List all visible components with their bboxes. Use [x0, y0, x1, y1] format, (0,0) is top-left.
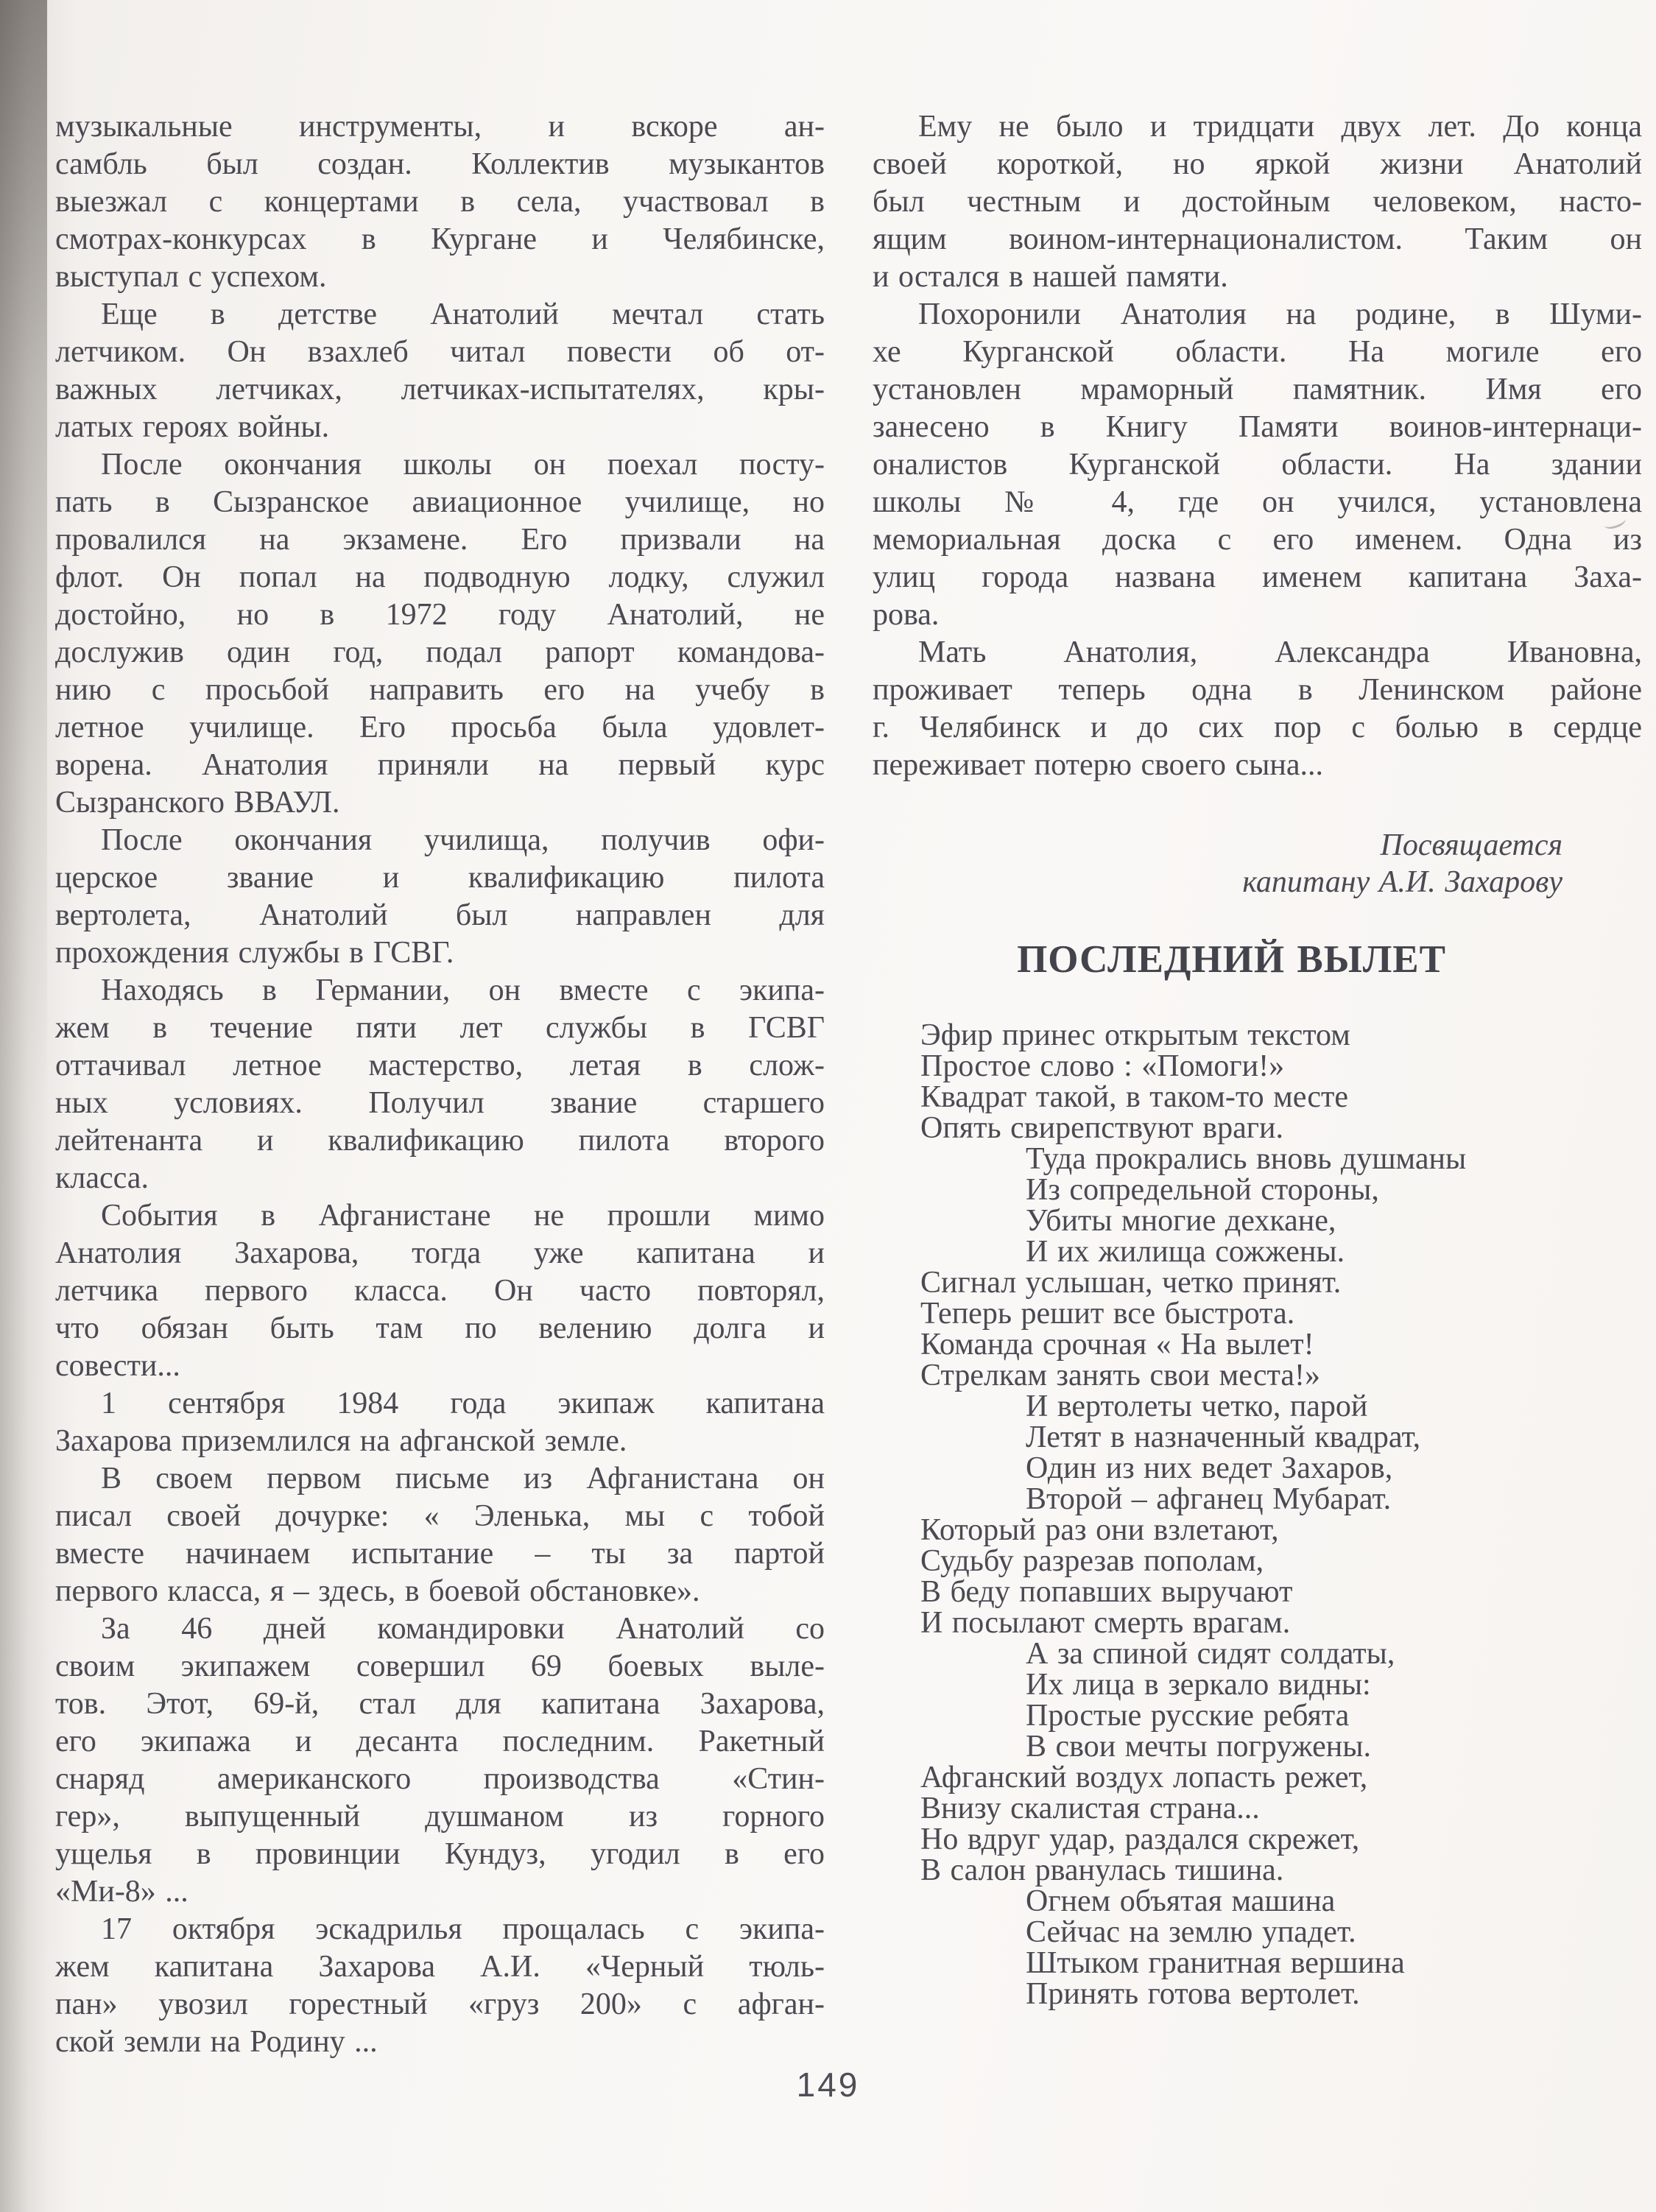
paragraph-line: оналистов Курганской области. На здании	[873, 446, 1642, 484]
paragraph-line: хе Курганской области. На могиле его	[873, 334, 1642, 371]
dedication: Посвящается капитану А.И. Захарову	[873, 827, 1642, 901]
paragraph-line: Захарова приземлился на афганской земле.	[55, 1423, 825, 1460]
paragraph-line: его экипажа и десанта последним. Ракетны…	[55, 1723, 825, 1761]
paragraph-line: своим экипажем совершил 69 боевых выле-	[55, 1648, 825, 1686]
poem-line: Судьбу разрезав пополам,	[873, 1546, 1642, 1577]
poem-line: И их жилища сожжены.	[873, 1236, 1642, 1267]
paragraph-line: выступал с успехом.	[55, 258, 825, 296]
paragraph-line: дослужив один год, подал рапорт командов…	[55, 634, 825, 672]
paragraph-line: Анатолия Захарова, тогда уже капитана и	[55, 1235, 825, 1272]
paragraph-line: тов. Этот, 69-й, стал для капитана Захар…	[55, 1686, 825, 1723]
poem-line: Штыком гранитная вершина	[873, 1948, 1642, 1979]
paragraph-line: латых героях войны.	[55, 409, 825, 446]
paragraph-line: первого класса, я – здесь, в боевой обст…	[55, 1573, 825, 1610]
paragraph-line: Находясь в Германии, он вместе с экипа-	[55, 972, 825, 1010]
paragraph-line: переживает потерю своего сына...	[873, 747, 1642, 784]
page-number: 149	[0, 2066, 1656, 2103]
paragraph-line: достойно, но в 1972 году Анатолий, не	[55, 596, 825, 634]
poem-line: Эфир принес открытым текстом	[873, 1020, 1642, 1051]
paragraph-line: провалился на экзамене. Его призвали на	[55, 521, 825, 559]
paragraph-line: нию с просьбой направить его на учебу в	[55, 672, 825, 709]
paragraph-line: летчика первого класса. Он часто повторя…	[55, 1272, 825, 1310]
poem-line: В салон рванулась тишина.	[873, 1855, 1642, 1886]
paragraph-line: Еще в детстве Анатолий мечтал стать	[55, 296, 825, 334]
paragraph-line: Похоронили Анатолия на родине, в Шуми-	[873, 296, 1642, 334]
paragraph-line: летное училище. Его просьба была удовлет…	[55, 709, 825, 747]
poem-line: И вертолеты четко, парой	[873, 1391, 1642, 1422]
paragraph-line: 1 сентября 1984 года экипаж капитана	[55, 1385, 825, 1423]
paragraph-line: оттачивал летное мастерство, летая в сло…	[55, 1047, 825, 1085]
paragraph-line: пать в Сызранское авиационное училище, н…	[55, 484, 825, 521]
paragraph-line: лейтенанта и квалификацию пилота второго	[55, 1122, 825, 1160]
paragraph-line: совести...	[55, 1348, 825, 1385]
paragraph-line: вместе начинаем испытание – ты за партой	[55, 1535, 825, 1573]
paragraph-line: Ему не было и тридцати двух лет. До конц…	[873, 108, 1642, 146]
poem-line: В беду попавших выручают	[873, 1577, 1642, 1607]
poem-line: Один из них ведет Захаров,	[873, 1453, 1642, 1484]
paragraph-line: важных летчиках, летчиках-испытателях, к…	[55, 371, 825, 409]
paragraph-line: После окончания училища, получив офи-	[55, 822, 825, 859]
paragraph-line: В своем первом письме из Афганистана он	[55, 1460, 825, 1498]
poem-line: Принять готова вертолет.	[873, 1979, 1642, 2010]
poem-title: ПОСЛЕДНИЙ ВЫЛЕТ	[873, 937, 1642, 982]
paragraph-line: установлен мраморный памятник. Имя его	[873, 371, 1642, 409]
poem-line: Второй – афганец Мубарат.	[873, 1484, 1642, 1515]
poem-line: Сейчас на землю упадет.	[873, 1917, 1642, 1948]
poem-line: Афганский воздух лопасть режет,	[873, 1762, 1642, 1793]
paragraph-line: занесено в Книгу Памяти воинов-интернаци…	[873, 409, 1642, 446]
paragraph-line: ных условиях. Получил звание старшего	[55, 1085, 825, 1122]
paragraph-line: пан» увозил горестный «груз 200» с афган…	[55, 1986, 825, 2023]
poem-line: Огнем объятая машина	[873, 1886, 1642, 1917]
paragraph-line: ворена. Анатолия приняли на первый курс	[55, 747, 825, 784]
paragraph-line: выезжал с концертами в села, участвовал …	[55, 183, 825, 221]
poem: Эфир принес открытым текстомПростое слов…	[873, 1020, 1642, 2010]
left-column: музыкальные инструменты, и вскоре ан-сам…	[55, 108, 825, 2061]
paragraph-line: флот. Он попал на подводную лодку, служи…	[55, 559, 825, 596]
paragraph-line: жем в течение пяти лет службы в ГСВГ	[55, 1010, 825, 1047]
dedication-line: капитану А.И. Захарову	[873, 864, 1562, 901]
poem-line: Простое слово : «Помоги!»	[873, 1051, 1642, 1082]
paragraph-line: своей короткой, но яркой жизни Анатолий	[873, 146, 1642, 183]
paragraph-line: жем капитана Захарова А.И. «Черный тюль-	[55, 1948, 825, 1986]
poem-line: Из сопредельной стороны,	[873, 1174, 1642, 1205]
paragraph-line: снаряд американского производства «Стин-	[55, 1761, 825, 1798]
paragraph-line: За 46 дней командировки Анатолий со	[55, 1610, 825, 1648]
paragraph-line: летчиком. Он взахлеб читал повести об от…	[55, 334, 825, 371]
paragraph-line: ской земли на Родину ...	[55, 2023, 825, 2061]
paragraph-line: «Ми-8» ...	[55, 1873, 825, 1911]
paragraph-line: Мать Анатолия, Александра Ивановна,	[873, 634, 1642, 672]
poem-line: Команда срочная « На вылет!	[873, 1329, 1642, 1360]
poem-line: Внизу скалистая страна...	[873, 1793, 1642, 1824]
paragraph-line: ящим воином-интернационалистом. Таким он	[873, 221, 1642, 258]
poem-line: Но вдруг удар, раздался скрежет,	[873, 1824, 1642, 1855]
paragraph-line: смотрах-конкурсах в Кургане и Челябинске…	[55, 221, 825, 258]
paragraph-line: После окончания школы он поехал посту-	[55, 446, 825, 484]
paragraph-line: вертолета, Анатолий был направлен для	[55, 897, 825, 934]
poem-line: И посылают смерть врагам.	[873, 1607, 1642, 1638]
paragraph-line: школы № 4, где он учился, установлена	[873, 484, 1642, 521]
poem-line: Простые русские ребята	[873, 1700, 1642, 1731]
poem-line: Туда прокрались вновь душманы	[873, 1144, 1642, 1174]
paragraph-line: г. Челябинск и до сих пор с болью в серд…	[873, 709, 1642, 747]
paragraph-line: рова.	[873, 596, 1642, 634]
paragraph-line: мемориальная доска с его именем. Одна из	[873, 521, 1642, 559]
poem-line: Сигнал услышан, четко принят.	[873, 1267, 1642, 1298]
paragraph-line: был честным и достойным человеком, насто…	[873, 183, 1642, 221]
poem-line: В свои мечты погружены.	[873, 1731, 1642, 1762]
book-spine-shadow-top	[0, 0, 47, 1105]
dedication-line: Посвящается	[873, 827, 1562, 864]
poem-line: Опять свирепствуют враги.	[873, 1113, 1642, 1144]
poem-line: Стрелкам занять свои места!»	[873, 1360, 1642, 1391]
poem-line: Теперь решит все быстрота.	[873, 1298, 1642, 1329]
poem-line: Их лица в зеркало видны:	[873, 1669, 1642, 1700]
paragraph-line: ущелья в провинции Кундуз, угодил в его	[55, 1836, 825, 1873]
poem-line: Летят в назначенный квадрат,	[873, 1422, 1642, 1453]
poem-line: Квадрат такой, в таком-то месте	[873, 1082, 1642, 1113]
paragraph-line: музыкальные инструменты, и вскоре ан-	[55, 108, 825, 146]
poem-line: Который раз они взлетают,	[873, 1515, 1642, 1546]
paragraph-line: улиц города названа именем капитана Заха…	[873, 559, 1642, 596]
paragraph-line: проживает теперь одна в Ленинском районе	[873, 672, 1642, 709]
paragraph-line: 17 октября эскадрилья прощалась с экипа-	[55, 1911, 825, 1948]
paragraph-line: писал своей дочурке: « Эленька, мы с тоб…	[55, 1498, 825, 1535]
paragraph-line: церское звание и квалификацию пилота	[55, 859, 825, 897]
poem-line: А за спиной сидят солдаты,	[873, 1638, 1642, 1669]
right-column-paragraphs: Ему не было и тридцати двух лет. До конц…	[873, 108, 1642, 784]
paragraph-line: самбль был создан. Коллектив музыкантов	[55, 146, 825, 183]
paragraph-line: класса.	[55, 1160, 825, 1197]
paragraph-line: Сызранского ВВАУЛ.	[55, 784, 825, 822]
paragraph-line: прохождения службы в ГСВГ.	[55, 934, 825, 972]
right-column: Ему не было и тридцати двух лет. До конц…	[873, 108, 1642, 2010]
paragraph-line: гер», выпущенный душманом из горного	[55, 1798, 825, 1836]
poem-line: Убиты многие дехкане,	[873, 1205, 1642, 1236]
scanned-book-page: музыкальные инструменты, и вскоре ан-сам…	[0, 0, 1656, 2212]
paragraph-line: и остался в нашей памяти.	[873, 258, 1642, 296]
paragraph-line: что обязан быть там по велению долга и	[55, 1310, 825, 1348]
paragraph-line: События в Афганистане не прошли мимо	[55, 1197, 825, 1235]
